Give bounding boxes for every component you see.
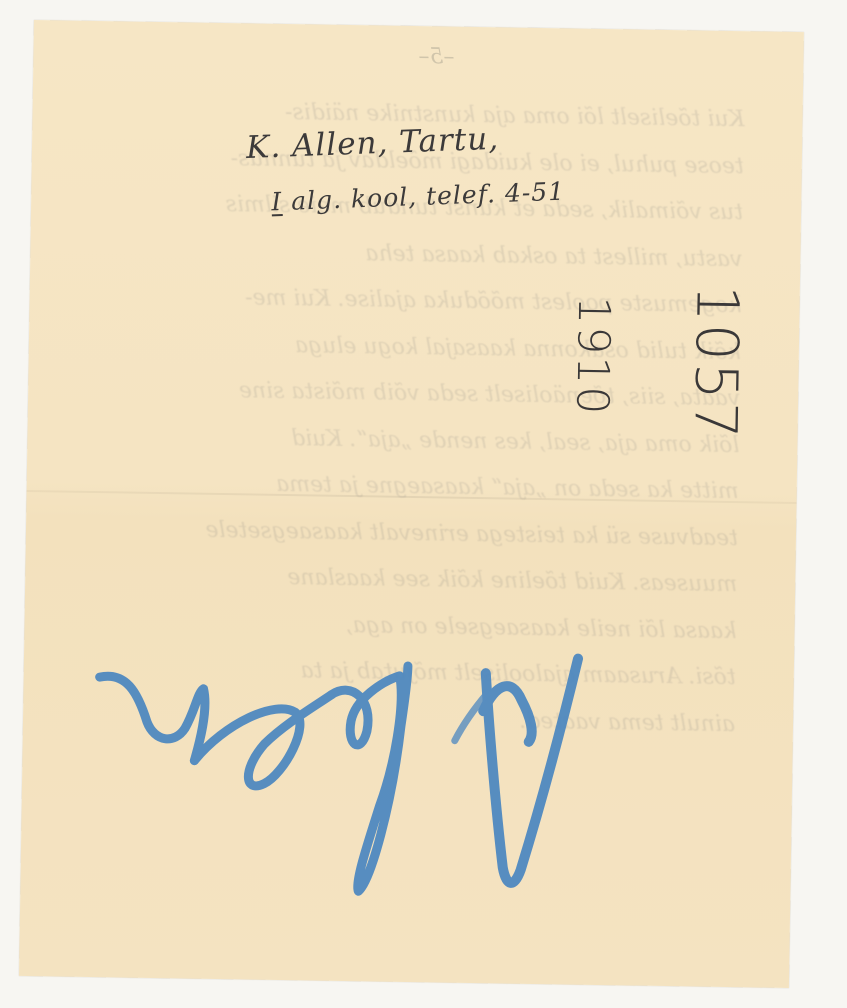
bleed-through-page-number: –5– — [418, 44, 454, 70]
rotated-catalog-number: 1057 — [681, 284, 751, 441]
rotated-year: 1910 — [566, 296, 619, 417]
letter-page: –5– Kui tõeliselt lõi oma aja kunstnike … — [19, 20, 804, 988]
crayon-signature-upside-down — [82, 631, 606, 909]
